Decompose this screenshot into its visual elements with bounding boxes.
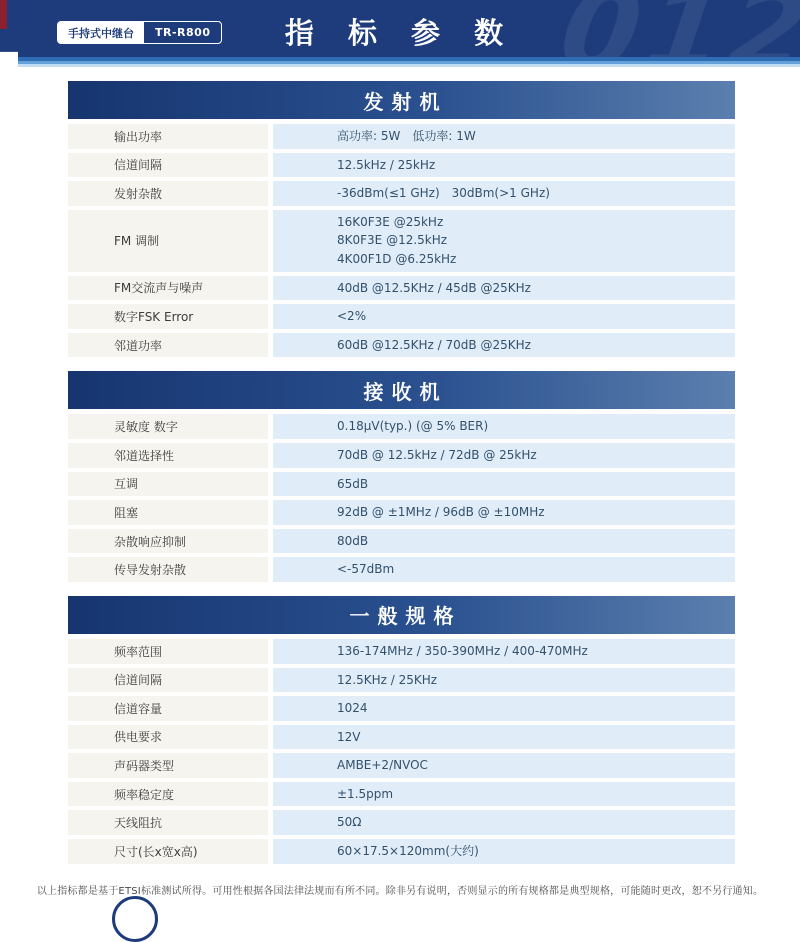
spec-label: 发射杂散 <box>68 181 268 206</box>
spec-value: 60×17.5×120mm(大约) <box>273 839 735 864</box>
spec-sections: 发射机 输出功率 高功率: 5W 低功率: 1W 信道间隔 12.5kHz / … <box>68 81 735 864</box>
device-type-label: 手持式中继台 <box>58 22 144 43</box>
section-title: 发射机 <box>356 86 448 115</box>
spec-value: AMBE+2/NVOC <box>273 753 735 778</box>
spec-row: 邻道选择性 70dB @ 12.5kHz / 72dB @ 25kHz <box>68 443 735 468</box>
section-title: 一般规格 <box>342 600 462 629</box>
section-body: 输出功率 高功率: 5W 低功率: 1W 信道间隔 12.5kHz / 25kH… <box>68 124 735 357</box>
spec-row: 互调 65dB <box>68 472 735 497</box>
spec-label: 阻塞 <box>68 500 268 525</box>
spec-row: 频率范围 136-174MHz / 350-390MHz / 400-470MH… <box>68 639 735 664</box>
spec-label: FM交流声与噪声 <box>68 276 268 301</box>
spec-row: 尺寸(长x宽x高) 60×17.5×120mm(大约) <box>68 839 735 864</box>
spec-label: 邻道选择性 <box>68 443 268 468</box>
spec-value: 136-174MHz / 350-390MHz / 400-470MHz <box>273 639 735 664</box>
spec-label: 传导发射杂散 <box>68 557 268 582</box>
spec-value: 40dB @12.5KHz / 45dB @25KHz <box>273 276 735 301</box>
section-body: 频率范围 136-174MHz / 350-390MHz / 400-470MH… <box>68 639 735 864</box>
spec-value: 16K0F3E @25kHz 8K0F3E @12.5kHz 4K00F1D @… <box>273 210 735 272</box>
spec-label: 频率范围 <box>68 639 268 664</box>
spec-row: FM交流声与噪声 40dB @12.5KHz / 45dB @25KHz <box>68 276 735 301</box>
spec-row: 阻塞 92dB @ ±1MHz / 96dB @ ±10MHz <box>68 500 735 525</box>
spec-label: 尺寸(长x宽x高) <box>68 839 268 864</box>
spec-label: 声码器类型 <box>68 753 268 778</box>
spec-row: 发射杂散 -36dBm(≤1 GHz) 30dBm(>1 GHz) <box>68 181 735 206</box>
model-badge: 手持式中继台 TR-R800 <box>57 21 222 44</box>
corner-ribbon-accent <box>0 0 7 29</box>
spec-value: 80dB <box>273 529 735 554</box>
spec-value: 高功率: 5W 低功率: 1W <box>273 124 735 149</box>
spec-row: FM 调制 16K0F3E @25kHz 8K0F3E @12.5kHz 4K0… <box>68 210 735 272</box>
spec-label: 输出功率 <box>68 124 268 149</box>
section-header: 接收机 <box>68 371 735 409</box>
spec-label: 灵敏度 数字 <box>68 414 268 439</box>
spec-value: 70dB @ 12.5kHz / 72dB @ 25kHz <box>273 443 735 468</box>
spec-value: 50Ω <box>273 810 735 835</box>
model-number-label: TR-R800 <box>144 22 221 43</box>
spec-row: 供电要求 12V <box>68 725 735 750</box>
spec-label: 数字FSK Error <box>68 304 268 329</box>
spec-row: 声码器类型 AMBE+2/NVOC <box>68 753 735 778</box>
spec-label: 邻道功率 <box>68 333 268 358</box>
spec-row: 邻道功率 60dB @12.5KHz / 70dB @25KHz <box>68 333 735 358</box>
spec-row: 信道间隔 12.5KHz / 25KHz <box>68 668 735 693</box>
spec-label: 频率稳定度 <box>68 782 268 807</box>
divider-strip-light <box>18 64 800 67</box>
spec-row: 灵敏度 数字 0.18μV(typ.) (@ 5% BER) <box>68 414 735 439</box>
section-header: 发射机 <box>68 81 735 119</box>
section-header: 一般规格 <box>68 596 735 634</box>
spec-label: 供电要求 <box>68 725 268 750</box>
spec-value: ±1.5ppm <box>273 782 735 807</box>
spec-row: 信道容量 1024 <box>68 696 735 721</box>
spec-value: 60dB @12.5KHz / 70dB @25KHz <box>273 333 735 358</box>
spec-value: 12.5KHz / 25KHz <box>273 668 735 693</box>
spec-row: 输出功率 高功率: 5W 低功率: 1W <box>68 124 735 149</box>
section-body: 灵敏度 数字 0.18μV(typ.) (@ 5% BER) 邻道选择性 70d… <box>68 414 735 582</box>
spec-section: 发射机 输出功率 高功率: 5W 低功率: 1W 信道间隔 12.5kHz / … <box>68 81 735 357</box>
spec-value: 1024 <box>273 696 735 721</box>
spec-label: 杂散响应抑制 <box>68 529 268 554</box>
spec-row: 杂散响应抑制 80dB <box>68 529 735 554</box>
spec-row: 频率稳定度 ±1.5ppm <box>68 782 735 807</box>
spec-row: 数字FSK Error <2% <box>68 304 735 329</box>
spec-value: <-57dBm <box>273 557 735 582</box>
spec-row: 天线阻抗 50Ω <box>68 810 735 835</box>
spec-value: -36dBm(≤1 GHz) 30dBm(>1 GHz) <box>273 181 735 206</box>
spec-value: 12.5kHz / 25kHz <box>273 153 735 178</box>
spec-value: <2% <box>273 304 735 329</box>
spec-label: 信道容量 <box>68 696 268 721</box>
spec-label: 信道间隔 <box>68 153 268 178</box>
spec-section: 一般规格 频率范围 136-174MHz / 350-390MHz / 400-… <box>68 596 735 864</box>
disclaimer-text: 以上指标都是基于ETSI标准测试所得。可用性根据各国法律法规而有所不同。除非另有… <box>0 882 800 897</box>
spec-value: 12V <box>273 725 735 750</box>
spec-value: 65dB <box>273 472 735 497</box>
spec-label: 互调 <box>68 472 268 497</box>
spec-label: FM 调制 <box>68 210 268 272</box>
spec-label: 信道间隔 <box>68 668 268 693</box>
spec-label: 天线阻抗 <box>68 810 268 835</box>
spec-row: 传导发射杂散 <-57dBm <box>68 557 735 582</box>
spec-value: 0.18μV(typ.) (@ 5% BER) <box>273 414 735 439</box>
spec-section: 接收机 灵敏度 数字 0.18μV(typ.) (@ 5% BER) 邻道选择性… <box>68 371 735 582</box>
header-band: 012 指 标 参 数 手持式中继台 TR-R800 <box>0 0 800 57</box>
section-title: 接收机 <box>356 376 448 405</box>
spec-row: 信道间隔 12.5kHz / 25kHz <box>68 153 735 178</box>
header-divider-strips <box>0 57 800 67</box>
spec-value: 92dB @ ±1MHz / 96dB @ ±10MHz <box>273 500 735 525</box>
